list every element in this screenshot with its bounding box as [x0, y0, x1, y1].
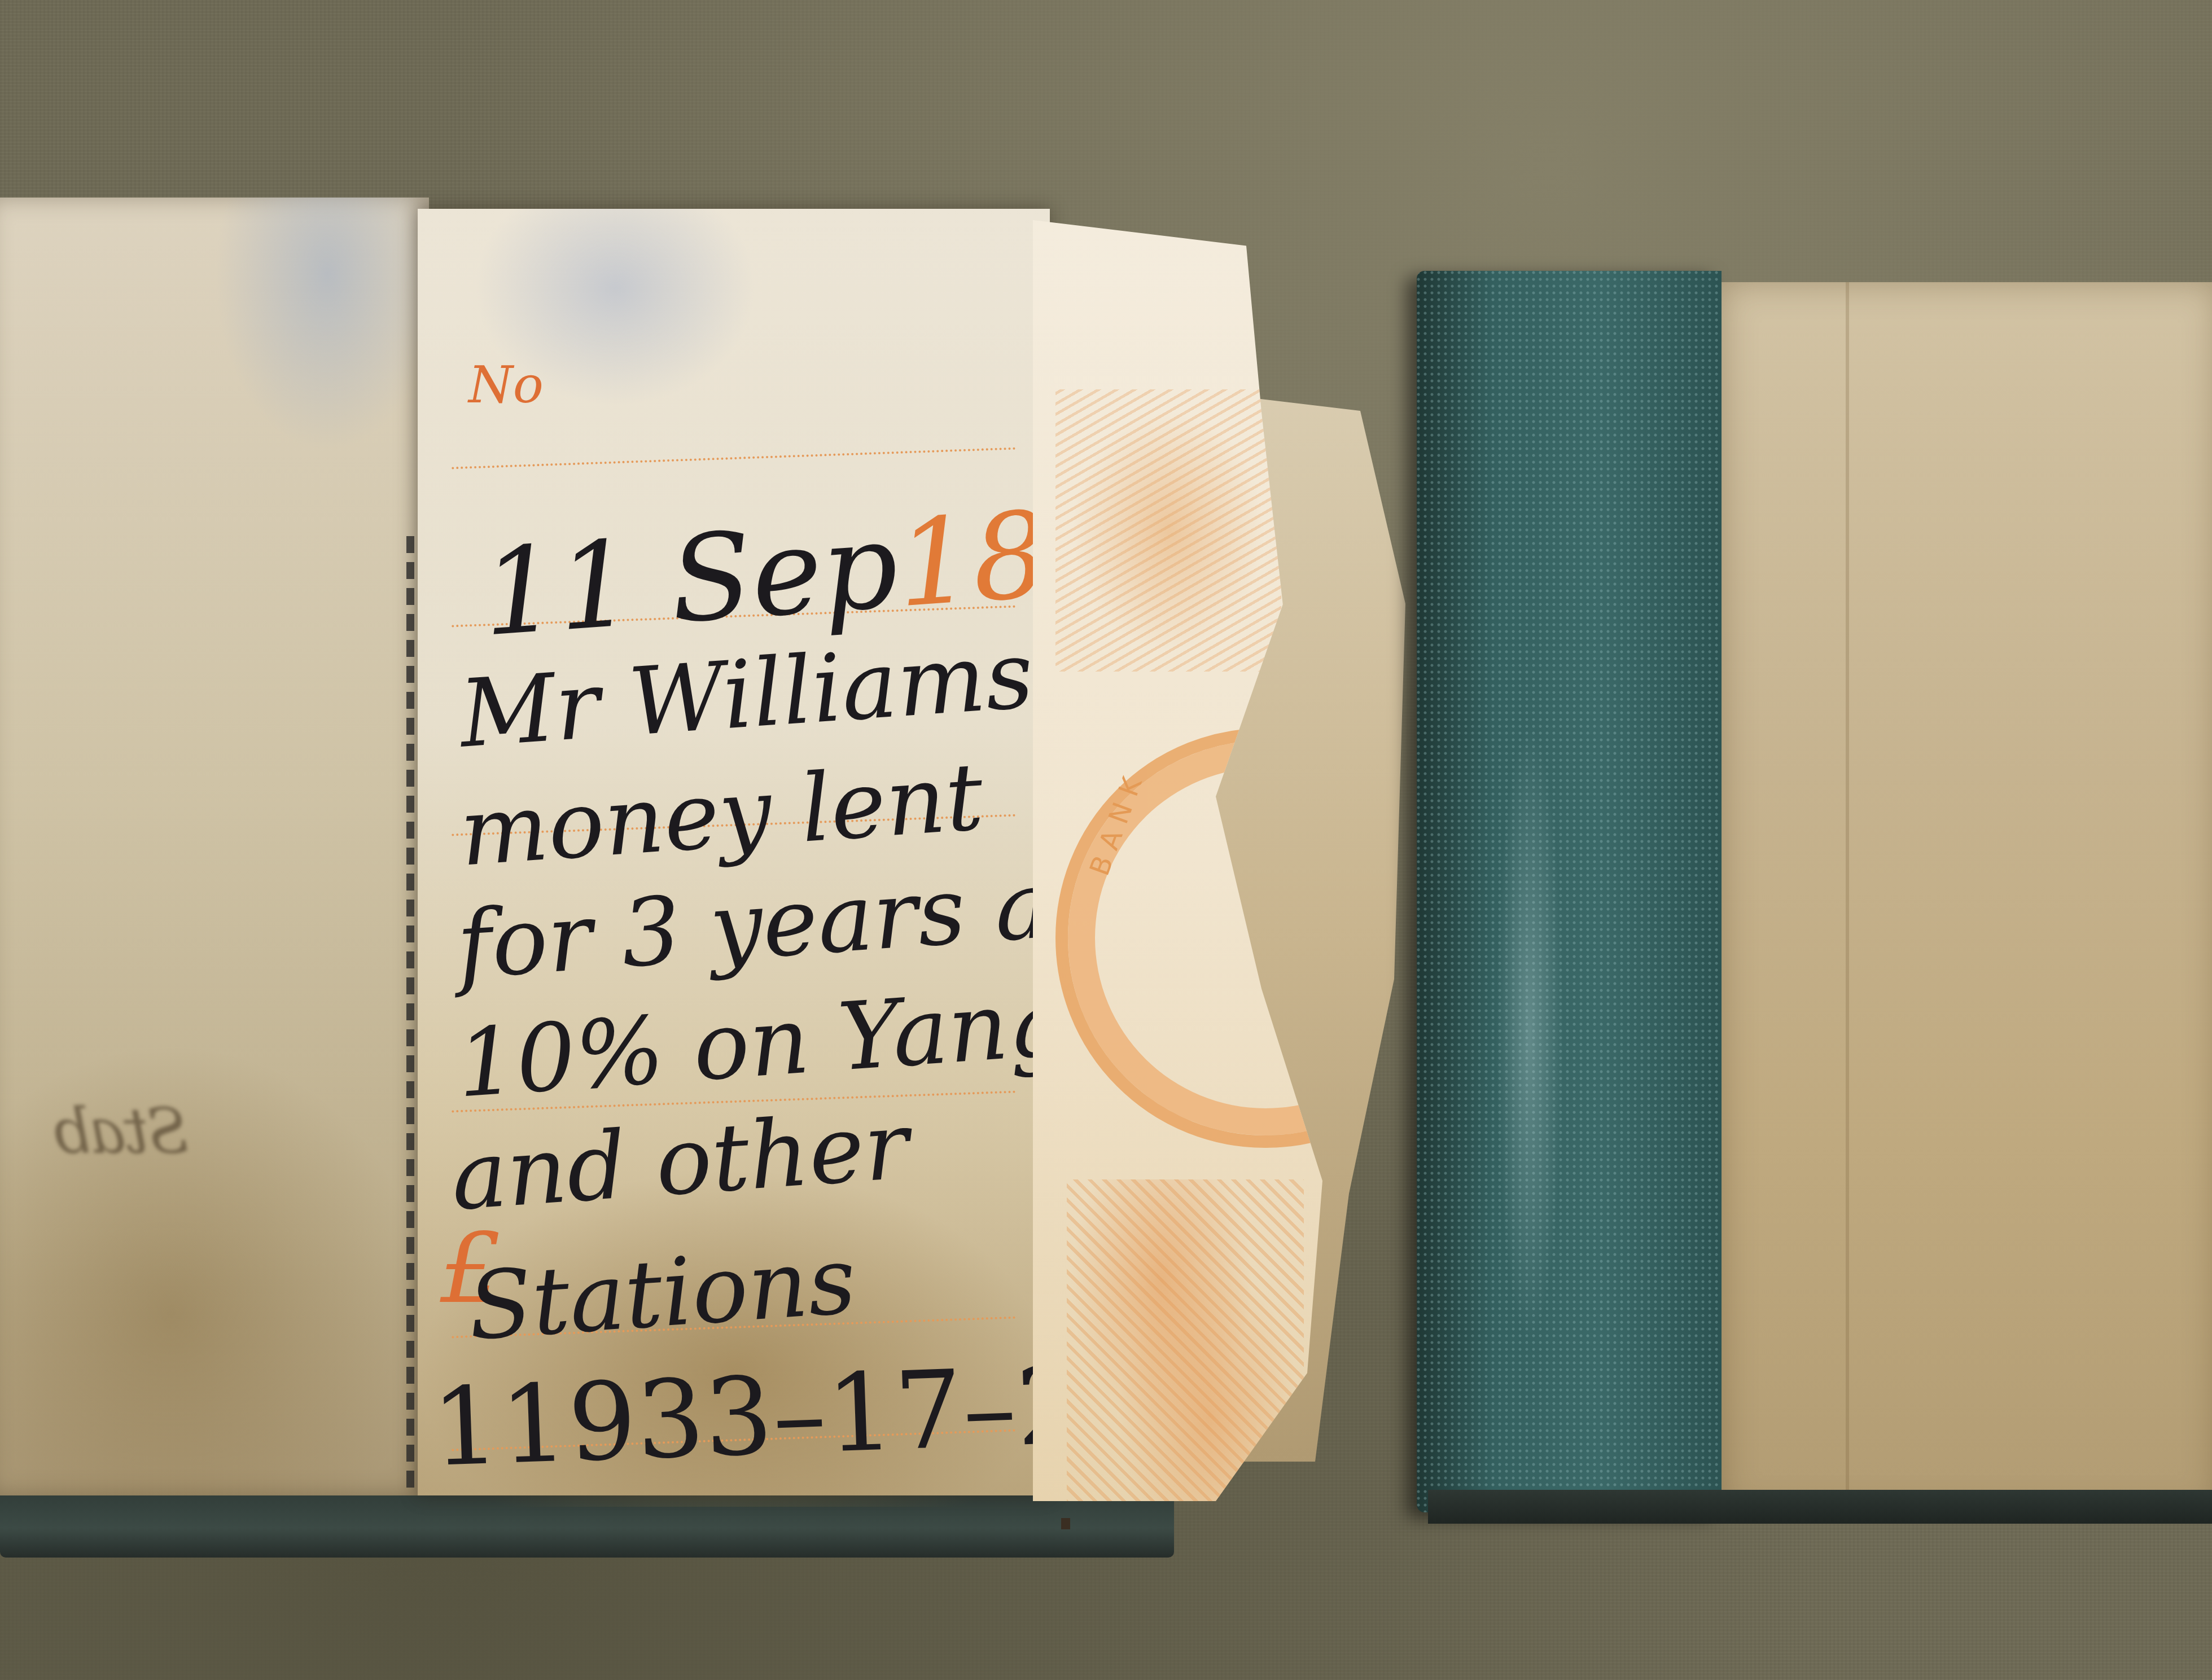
green-cloth-spine	[1417, 271, 1722, 1512]
engraved-ornament	[1055, 389, 1281, 672]
open-cheque-book: Stab No £ 11 Sep1869 Mr Williamson money…	[0, 186, 1400, 1541]
photo-scene: Stab No £ 11 Sep1869 Mr Williamson money…	[0, 0, 2212, 1680]
offset-ink-smudge: Stab	[54, 1095, 189, 1167]
light-reflection	[1496, 722, 1563, 1343]
water-stain	[214, 198, 440, 451]
closed-cheque-book	[1417, 271, 2212, 1524]
binding-stitch-line	[406, 536, 414, 1495]
printed-number-marker: No	[468, 356, 544, 415]
book-bottom-edge	[1428, 1490, 2212, 1524]
cover-fold-line	[1846, 282, 1849, 1512]
left-page: Stab	[0, 198, 429, 1495]
engraved-ornament	[1067, 1179, 1304, 1518]
handwritten-amount: 11933–17–2	[430, 1343, 1087, 1490]
printed-rule	[452, 448, 1016, 470]
paper-cover	[1722, 282, 2212, 1512]
cheque-counterfoil: No £ 11 Sep1869 Mr Williamson money lent…	[418, 209, 1050, 1495]
